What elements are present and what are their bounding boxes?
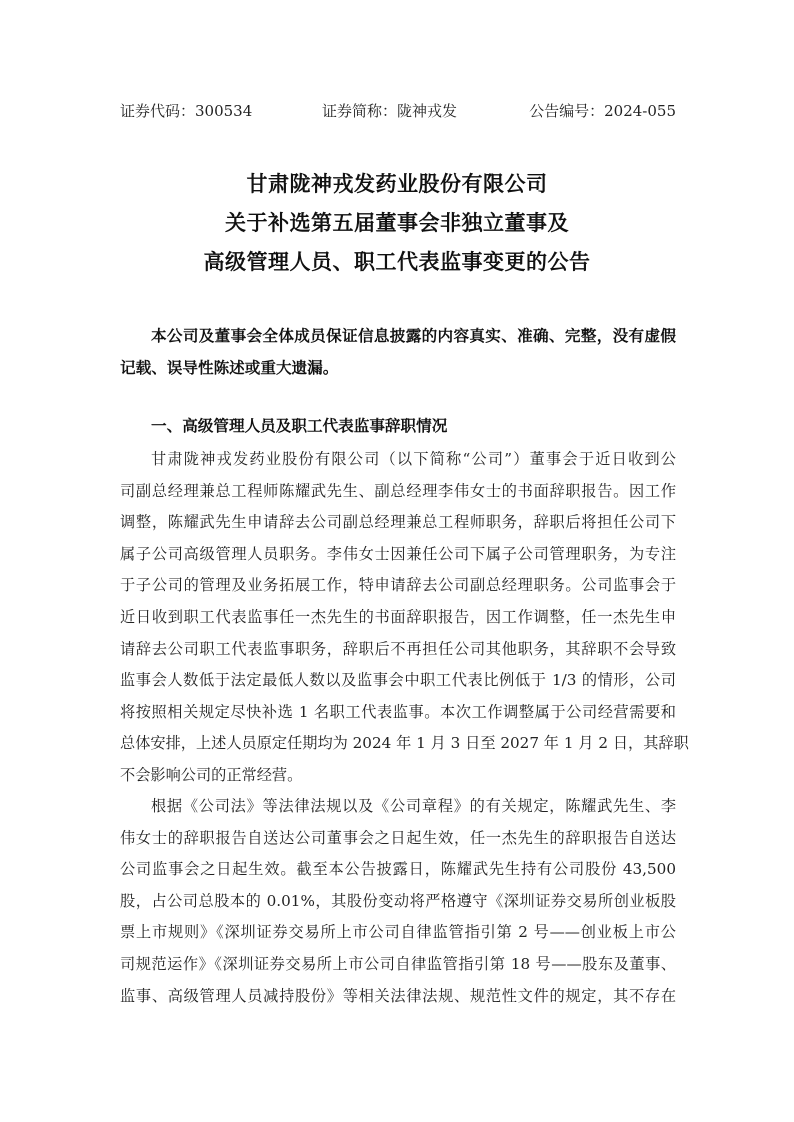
paragraph-line: 股，占公司总股本的 0.01%，其股份变动将严格遵守《深圳证券交易所创业板股 — [120, 886, 676, 918]
disclosure-statement: 本公司及董事会全体成员保证信息披露的内容真实、准确、完整，没有虚假记载、误导性陈… — [120, 320, 676, 384]
paragraph-line: 监事会人数低于法定最低人数以及监事会中职工代表比例低于 1/3 的情形，公司 — [120, 665, 676, 697]
paragraph-line: 不会影响公司的正常经营。 — [120, 760, 676, 792]
paragraph-line: 近日收到职工代表监事任一杰先生的书面辞职报告，因工作调整，任一杰先生申 — [120, 602, 676, 634]
paragraph-line: 于子公司的管理及业务拓展工作，特申请辞去公司副总经理职务。公司监事会于 — [120, 570, 676, 602]
paragraph-line: 甘肃陇神戎发药业股份有限公司（以下简称“公司”）董事会于近日收到公 — [120, 444, 676, 476]
paragraph-line: 属子公司高级管理人员职务。李伟女士因兼任公司下属子公司管理职务，为专注 — [120, 539, 676, 571]
paragraph-line: 司副总经理兼总工程师陈耀武先生、副总经理李伟女士的书面辞职报告。因工作 — [120, 476, 676, 508]
paragraph-line: 监事、高级管理人员减持股份》等相关法律法规、规范性文件的规定，其不存在 — [120, 981, 676, 1013]
title-company: 甘肃陇神戎发药业股份有限公司 — [0, 168, 794, 198]
document-page: 证券代码：300534 证券简称：陇神戎发 公告编号：2024-055 甘肃陇神… — [0, 0, 794, 1122]
title-subject-2: 高级管理人员、职工代表监事变更的公告 — [0, 246, 794, 276]
paragraph-line: 伟女士的辞职报告自送达公司董事会之日起生效，任一杰先生的辞职报告自送达 — [120, 823, 676, 855]
announcement-header: 证券代码：300534 证券简称：陇神戎发 公告编号：2024-055 — [120, 100, 676, 122]
paragraph-line: 票上市规则》《深圳证券交易所上市公司自律监管指引第 2 号——创业板上市公 — [120, 917, 676, 949]
paragraph-2: 根据《公司法》等法律法规以及《公司章程》的有关规定，陈耀武先生、李 伟女士的辞职… — [120, 791, 676, 1012]
paragraph-1: 甘肃陇神戎发药业股份有限公司（以下简称“公司”）董事会于近日收到公 司副总经理兼… — [120, 444, 676, 792]
paragraph-line: 请辞去公司职工代表监事职务，辞职后不再担任公司其他职务，其辞职不会导致 — [120, 634, 676, 666]
stock-code: 证券代码：300534 — [120, 100, 252, 121]
title-subject-1: 关于补选第五届董事会非独立董事及 — [0, 207, 794, 237]
section-heading: 一、高级管理人员及职工代表监事辞职情况 — [151, 414, 447, 436]
stock-abbreviation: 证券简称：陇神戎发 — [322, 100, 457, 121]
paragraph-line: 司规范运作》《深圳证券交易所上市公司自律监管指引第 18 号——股东及董事、 — [120, 949, 676, 981]
paragraph-line: 公司监事会之日起生效。截至本公告披露日，陈耀武先生持有公司股份 43,500 — [120, 854, 676, 886]
announcement-number: 公告编号：2024-055 — [529, 100, 676, 121]
paragraph-line: 将按照相关规定尽快补选 1 名职工代表监事。本次工作调整属于公司经营需要和 — [120, 697, 676, 729]
paragraph-line: 总体安排，上述人员原定任期均为 2024 年 1 月 3 日至 2027 年 1… — [120, 728, 676, 760]
paragraph-line: 调整，陈耀武先生申请辞去公司副总经理兼总工程师职务，辞职后将担任公司下 — [120, 507, 676, 539]
paragraph-line: 根据《公司法》等法律法规以及《公司章程》的有关规定，陈耀武先生、李 — [120, 791, 676, 823]
